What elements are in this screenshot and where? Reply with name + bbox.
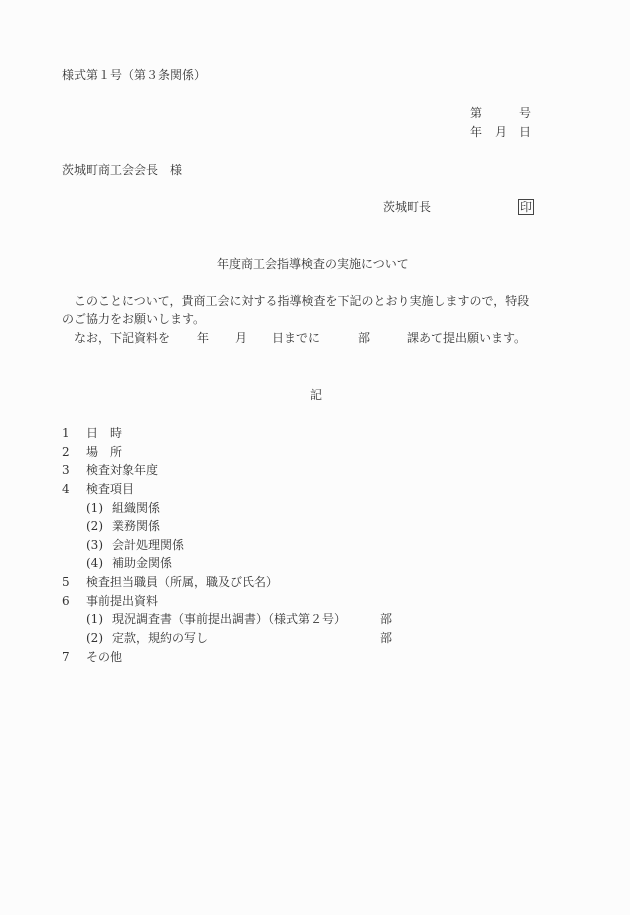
- sub-list-item: (4)補助金関係: [86, 556, 172, 570]
- sub-list-unit: 部: [380, 631, 392, 645]
- body-line-2: のご協力をお願いします。: [62, 312, 205, 326]
- date-year: 年: [470, 125, 482, 139]
- doc-number-dai: 第: [470, 106, 482, 120]
- seal-text: 印: [518, 199, 534, 215]
- list-item: 6事前提出資料: [62, 594, 158, 608]
- sub-list-item: (2)定款，規約の写し: [86, 631, 208, 645]
- list-item: 2場 所: [62, 445, 122, 459]
- document-title: 年度商工会指導検査の実施について: [217, 257, 409, 271]
- body-line-3-ka: 課あて提出願います。: [407, 331, 526, 345]
- sub-list-item: (1)組織関係: [86, 501, 160, 515]
- date-month: 月: [495, 125, 507, 139]
- sub-list-item: (1)現況調査書（事前提出調書）（様式第２号）: [86, 612, 346, 626]
- sub-list-item: (3)会計処理関係: [86, 538, 184, 552]
- body-line-1: このことについて，貴商工会に対する指導検査を下記のとおり実施しますので，特段: [74, 294, 529, 308]
- ki-heading: 記: [310, 388, 322, 402]
- body-line-3-month: 月: [235, 331, 247, 345]
- doc-number-go: 号: [519, 106, 531, 120]
- body-line-3-day: 日までに: [272, 331, 320, 345]
- list-item: 7その他: [62, 650, 122, 664]
- list-item: 1日 時: [62, 426, 122, 440]
- seal-mark: 印: [518, 199, 534, 215]
- sub-list-item: (2)業務関係: [86, 519, 160, 533]
- list-item: 3検査対象年度: [62, 463, 158, 477]
- list-item: 4検査項目: [62, 482, 134, 496]
- addressee: 茨城町商工会会長 様: [62, 163, 182, 177]
- body-line-3-a: なお，下記資料を: [74, 331, 170, 345]
- date-day: 日: [519, 125, 531, 139]
- body-line-3-year: 年: [197, 331, 209, 345]
- sub-list-unit: 部: [380, 612, 392, 626]
- form-number: 様式第１号（第３条関係）: [62, 68, 206, 82]
- list-item: 5検査担当職員（所属，職及び氏名）: [62, 575, 278, 589]
- body-line-3-bu: 部: [358, 331, 370, 345]
- sender: 茨城町長: [383, 200, 431, 214]
